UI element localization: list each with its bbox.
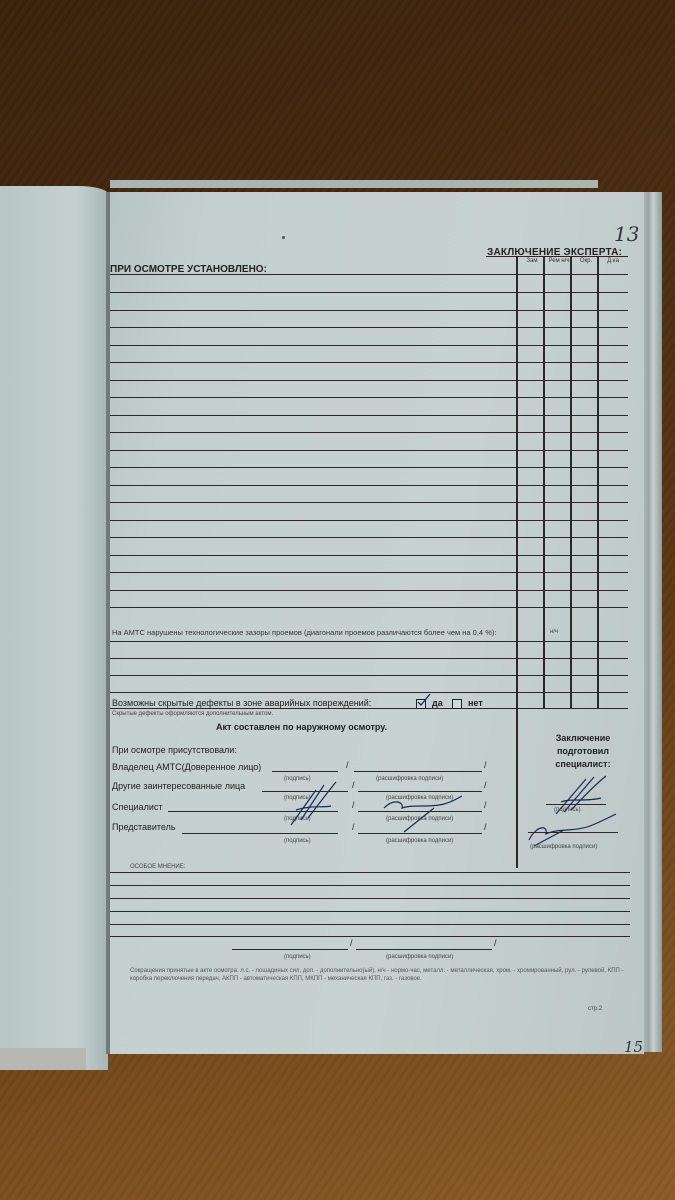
- column-divider: [570, 256, 572, 708]
- column-divider: [516, 256, 518, 708]
- column-divider: [597, 256, 599, 708]
- column-divider: [516, 708, 518, 868]
- rule-line: [486, 256, 628, 257]
- rule-line: [106, 590, 628, 591]
- owner-decode-caption: (расшифровка подписи): [376, 776, 443, 782]
- rule-line: [106, 450, 628, 451]
- rule-line: [106, 345, 628, 346]
- rule-line: [106, 572, 628, 573]
- handwritten-number-bottom: 15: [624, 1038, 643, 1056]
- signatory-role-owner: Владелец АМТС(Доверенное лицо): [112, 762, 261, 772]
- abbreviations-note: Сокращения принятые в акте осмотра: л.с.…: [130, 968, 630, 983]
- rule-line: [106, 432, 628, 433]
- rule-line: [516, 708, 628, 709]
- col-header-repair: Рем н/ч: [546, 258, 572, 265]
- special-opinion-title: ОСОБОЕ МНЕНИЕ:: [130, 864, 185, 870]
- opinion-line: [106, 911, 630, 912]
- rule-line: [106, 675, 628, 676]
- expert-block: Заключение подготовил специалист:: [543, 732, 623, 771]
- under-page-edge: [110, 180, 598, 188]
- opinion-line: [106, 898, 630, 899]
- rule-line: [106, 520, 628, 521]
- opinion-line: [106, 936, 630, 937]
- signatory-role-specialist: Специалист: [112, 802, 162, 812]
- col-header-other: Д.ка: [600, 258, 626, 265]
- hidden-defects-note: Скрытые дефекты оформляются дополнительн…: [112, 711, 273, 717]
- rule-line: [106, 310, 628, 311]
- rule-line: [106, 692, 628, 693]
- signatory-role-representative: Представитель: [112, 822, 176, 832]
- col-header-replace: Зам: [519, 258, 545, 265]
- rule-line: [106, 658, 628, 659]
- representative-sign-caption: (подпись): [284, 838, 311, 844]
- present-title: При осмотре присутствовали:: [112, 745, 237, 755]
- rule-line: [106, 415, 628, 416]
- bottom-decode-caption: (расшифровка подписи): [386, 954, 453, 960]
- checkmark-icon: [417, 694, 431, 708]
- rule-line: [106, 537, 628, 538]
- expert-decode-caption: (расшифровка подписи): [530, 844, 597, 850]
- rule-line: [106, 274, 628, 275]
- handwritten-number-top: 13: [614, 222, 639, 246]
- hidden-defects-yes-checkbox[interactable]: [416, 699, 426, 709]
- left-page: [0, 186, 108, 1070]
- opinion-line: [106, 885, 630, 886]
- expert-block-line3: специалист:: [543, 758, 623, 771]
- specialist-decode-signature-drawing: [374, 788, 464, 834]
- signatory-role-others: Другие заинтересованные лица: [112, 781, 245, 791]
- hidden-defects-no-label: нет: [468, 698, 483, 708]
- expert-block-line1: Заключение: [543, 732, 623, 745]
- act-statement: Акт составлен по наружному осмотру.: [216, 722, 387, 732]
- rule-line: [106, 467, 628, 468]
- rule-line: [106, 362, 628, 363]
- opinion-line: [106, 872, 630, 873]
- left-page-edge: [0, 1048, 86, 1070]
- rule-line: [106, 397, 628, 398]
- hidden-defects-yes-label: да: [432, 698, 443, 708]
- hidden-defects-question: Возможны скрытые дефекты в зоне аварийны…: [112, 698, 371, 708]
- page-number: стр.2: [588, 1006, 602, 1012]
- rule-line: [106, 380, 628, 381]
- gap-note-unit: н/ч: [550, 629, 558, 635]
- hidden-defects-no-checkbox[interactable]: [452, 699, 462, 709]
- rule-line: [106, 502, 628, 503]
- rule-line: [106, 292, 628, 293]
- expert-block-line2: подготовил: [543, 745, 623, 758]
- rule-line: [106, 607, 628, 608]
- col-header-paint: Окр.: [573, 258, 599, 265]
- page-dot: [282, 236, 285, 239]
- column-divider: [543, 256, 545, 708]
- representative-decode-caption: (расшифровка подписи): [386, 838, 453, 844]
- gap-note: На АМТС нарушены технологические зазоры …: [112, 628, 516, 638]
- inspection-form-page: ЗАКЛЮЧЕНИЕ ЭКСПЕРТА: 13 ПРИ ОСМОТРЕ УСТА…: [106, 192, 644, 1054]
- rule-line: [106, 327, 628, 328]
- rule-line: [106, 555, 628, 556]
- rule-line: [106, 485, 628, 486]
- binding-edge: [106, 192, 110, 1054]
- rule-line: [106, 641, 628, 642]
- opinion-line: [106, 924, 630, 925]
- specialist-signature-drawing: [286, 780, 346, 830]
- bottom-sign-caption: (подпись): [284, 954, 311, 960]
